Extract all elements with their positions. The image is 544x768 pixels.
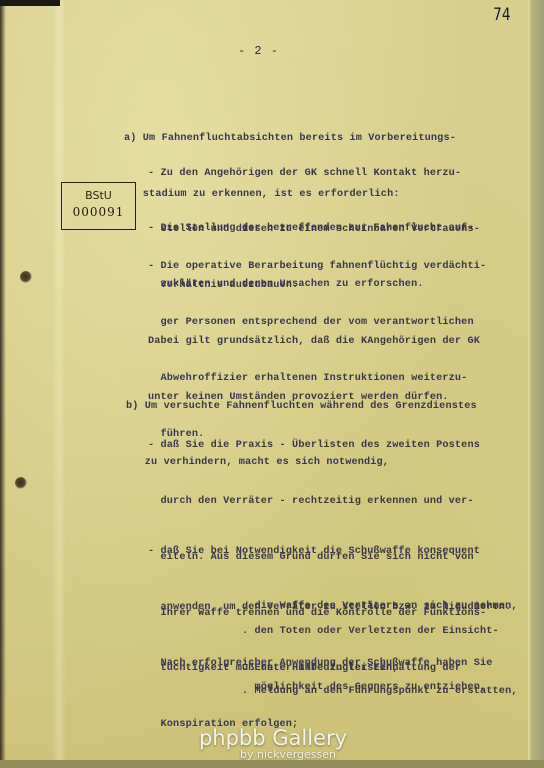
document-page: 74 - 2 - BStU 000091 a) Um Fahnenfluchta… — [0, 0, 528, 760]
punch-hole-icon — [20, 271, 32, 283]
gallery-watermark: phpbb Gallery by nickvergessen — [183, 727, 363, 760]
text-line: - daß Sie die Praxis - Überlisten des zw… — [148, 437, 486, 456]
page-bottom-edge — [0, 760, 544, 768]
text-line: Dabei gilt grundsätzlich, daß die KAngeh… — [148, 333, 480, 352]
paper-fold — [52, 0, 66, 760]
page-edge-shadow — [0, 0, 6, 760]
text-line: - Die operative Berarbeitung fahnenflüch… — [148, 258, 486, 277]
text-line: . Meldung an den Führungspunkt zu erstat… — [242, 683, 518, 702]
watermark-sub: by nickvergessen — [213, 749, 363, 760]
page-marker: - 2 - — [238, 44, 279, 58]
punch-hole-icon — [15, 477, 27, 489]
text-line: - daß Sie bei Notwendigkeit die Schußwaf… — [148, 543, 511, 562]
handwritten-page-number: 74 — [493, 5, 510, 25]
page-corner-shadow — [0, 0, 60, 6]
text-line: - Zu den Angehörigen der GK schnell Kont… — [148, 165, 480, 184]
page-right-edge — [528, 0, 544, 768]
watermark-main: phpbb Gallery — [183, 727, 363, 749]
